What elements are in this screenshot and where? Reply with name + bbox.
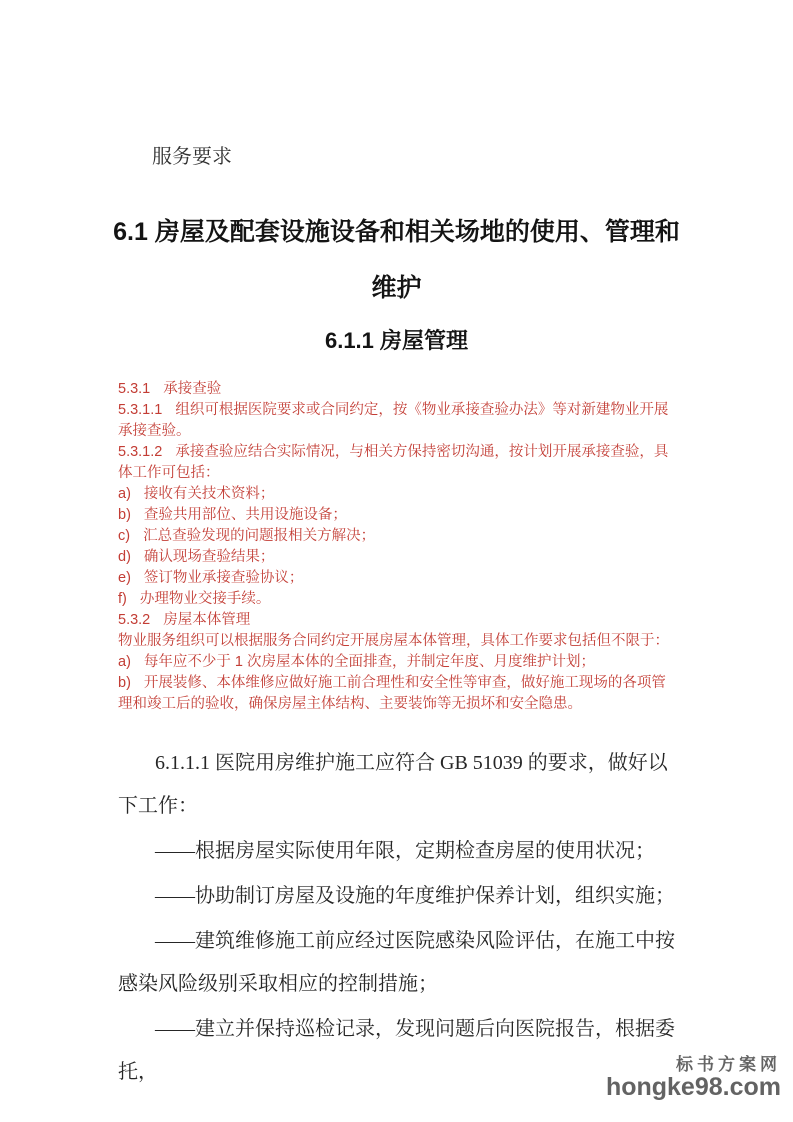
clause-text: 承接查验 [163, 381, 221, 397]
body-paragraph: ——建筑维修施工前应经过医院感染风险评估，在施工中按感染风险级别采取相应的控制措… [118, 920, 675, 1006]
list-letter: a) [118, 484, 131, 505]
clause-number: 5.3.1.1 [118, 400, 162, 421]
red-list-item: a)每年应不少于 1 次房屋本体的全面排查，并制定年度、月度维护计划； [118, 652, 675, 673]
clause-number: 5.3.1.2 [118, 442, 162, 463]
body-paragraph: ——根据房屋实际使用年限，定期检查房屋的使用状况； [118, 830, 675, 873]
site-watermark: 标书方案网 hongke98.com [606, 1056, 781, 1100]
chapter-heading-line2: 维护 [0, 260, 793, 316]
clause-text: 房屋本体管理 [163, 612, 250, 628]
list-text: 接收有关技术资料； [144, 486, 275, 502]
red-list-item: b)查验共用部位、共用设施设备； [118, 505, 675, 526]
list-text: 每年应不少于 1 次房屋本体的全面排查，并制定年度、月度维护计划； [144, 654, 595, 670]
list-letter: f) [118, 589, 127, 610]
red-list-item: b)开展装修、本体维修应做好施工前合理性和安全性等审查，做好施工现场的各项管理和… [118, 673, 675, 715]
chapter-heading: 6.1 房屋及配套设施设备和相关场地的使用、管理和 维护 [0, 204, 793, 316]
red-paragraph: 5.3.2房屋本体管理 [118, 610, 675, 631]
red-list-item: e)签订物业承接查验协议； [118, 568, 675, 589]
list-letter: e) [118, 568, 131, 589]
red-list-item: f)办理物业交接手续。 [118, 589, 675, 610]
clause-text: 组织可根据医院要求或合同约定，按《物业承接查验办法》等对新建物业开展承接查验。 [118, 402, 668, 439]
list-text: 查验共用部位、共用设施设备； [144, 507, 347, 523]
list-text: 签订物业承接查验协议； [144, 570, 304, 586]
red-list-item: d)确认现场查验结果； [118, 547, 675, 568]
list-letter: b) [118, 505, 131, 526]
list-letter: b) [118, 673, 131, 694]
list-text: 开展装修、本体维修应做好施工前合理性和安全性等审查，做好施工现场的各项管理和竣工… [118, 675, 666, 712]
body-text: 6.1.1.1 医院用房维护施工应符合 GB 51039 的要求，做好以下工作：… [118, 742, 675, 1096]
list-letter: d) [118, 547, 131, 568]
clause-text: 物业服务组织可以根据服务合同约定开展房屋本体管理，具体工作要求包括但不限于： [118, 633, 669, 649]
list-text: 汇总查验发现的问题报相关方解决； [143, 528, 375, 544]
list-text: 确认现场查验结果； [144, 549, 275, 565]
body-paragraph: ——协助制订房屋及设施的年度维护保养计划，组织实施； [118, 875, 675, 918]
body-paragraph: 6.1.1.1 医院用房维护施工应符合 GB 51039 的要求，做好以下工作： [118, 742, 675, 828]
clause-number: 5.3.2 [118, 610, 150, 631]
list-letter: c) [118, 526, 130, 547]
clause-number: 5.3.1 [118, 379, 150, 400]
red-list-item: c)汇总查验发现的问题报相关方解决； [118, 526, 675, 547]
red-paragraph: 5.3.1承接查验 [118, 379, 675, 400]
section-label: 服务要求 [152, 140, 232, 169]
red-list-item: a)接收有关技术资料； [118, 484, 675, 505]
red-paragraph: 物业服务组织可以根据服务合同约定开展房屋本体管理，具体工作要求包括但不限于： [118, 631, 675, 652]
red-standard-excerpt: 5.3.1承接查验 5.3.1.1组织可根据医院要求或合同约定，按《物业承接查验… [118, 379, 675, 715]
list-letter: a) [118, 652, 131, 673]
chapter-heading-line1: 6.1 房屋及配套设施设备和相关场地的使用、管理和 [0, 204, 793, 260]
watermark-domain: hongke98.com [606, 1074, 781, 1100]
red-paragraph: 5.3.1.2承接查验应结合实际情况，与相关方保持密切沟通，按计划开展承接查验，… [118, 442, 675, 484]
body-paragraph: ——建立并保持巡检记录，发现问题后向医院报告，根据委托， [118, 1008, 675, 1094]
red-paragraph: 5.3.1.1组织可根据医院要求或合同约定，按《物业承接查验办法》等对新建物业开… [118, 400, 675, 442]
watermark-site-name: 标书方案网 [606, 1056, 781, 1074]
list-text: 办理物业交接手续。 [140, 591, 271, 607]
clause-text: 承接查验应结合实际情况，与相关方保持密切沟通，按计划开展承接查验，具体工作可包括… [118, 444, 668, 481]
subsection-heading: 6.1.1 房屋管理 [0, 324, 793, 355]
document-page: 服务要求 6.1 房屋及配套设施设备和相关场地的使用、管理和 维护 6.1.1 … [0, 0, 793, 1122]
